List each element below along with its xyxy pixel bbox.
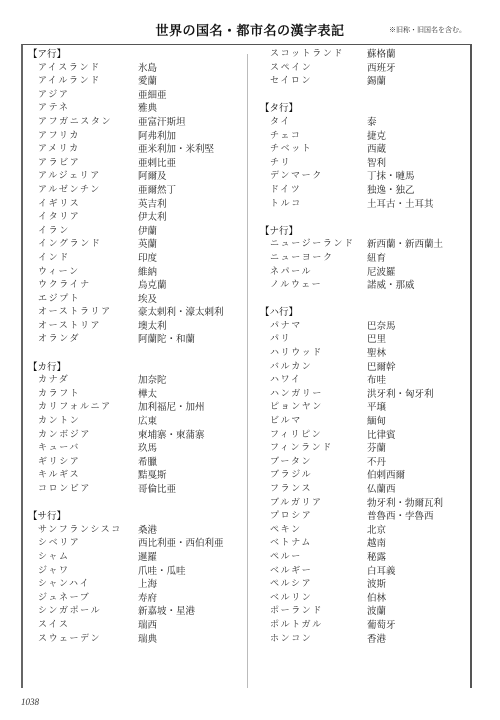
kanji-notation: 尼波羅 <box>367 266 396 280</box>
katakana-name: アフガニスタン <box>38 116 112 130</box>
katakana-name: チベット <box>270 143 312 157</box>
kanji-notation: 西蔵 <box>367 143 386 157</box>
katakana-name: ジャワ <box>38 565 70 579</box>
kanji-notation: 北京 <box>367 524 386 538</box>
list-item: ペルシア波斯 <box>260 578 475 592</box>
list-item: ニューヨーク紐育 <box>260 252 475 266</box>
list-item: ピョンヤン平壌 <box>260 401 475 415</box>
list-item: ネパール尼波羅 <box>260 266 475 280</box>
list-item: アイスランド氷島 <box>28 62 243 76</box>
spacer-row <box>28 497 243 511</box>
list-item: ノルウェー諾威・那威 <box>260 279 475 293</box>
katakana-name: サンフランシスコ <box>38 524 122 538</box>
footnote-note: ※旧称・旧国名を含む。 <box>389 25 466 35</box>
katakana-name: タイ <box>270 116 291 130</box>
katakana-name: プロシア <box>270 510 312 524</box>
katakana-name: チリ <box>270 157 291 171</box>
katakana-name: ペルシア <box>270 578 312 592</box>
katakana-name: トルコ <box>270 198 302 212</box>
kanji-notation: 波蘭 <box>367 605 386 619</box>
katakana-name: シャンハイ <box>38 578 90 592</box>
kanji-notation: 哥倫比亜 <box>138 483 176 497</box>
spacer-row <box>28 347 243 361</box>
list-item: インド印度 <box>28 252 243 266</box>
katakana-name: フィリピン <box>270 429 322 443</box>
katakana-name: シンガポール <box>38 605 101 619</box>
kanji-notation: 紐育 <box>367 252 386 266</box>
list-item: ハンガリー洪牙利・匈牙利 <box>260 388 475 402</box>
kanji-notation: 丁抹・嗹馬 <box>367 170 415 184</box>
katakana-name: スペイン <box>270 62 312 76</box>
kanji-notation: 洪牙利・匈牙利 <box>367 388 434 402</box>
katakana-name: ジュネーブ <box>38 592 90 606</box>
list-item: セイロン錫蘭 <box>260 75 475 89</box>
katakana-name: ギリシア <box>38 456 80 470</box>
list-item: アメリカ亜米利加・米利堅 <box>28 143 243 157</box>
katakana-name: ベトナム <box>270 537 312 551</box>
kanji-notation: 上海 <box>138 578 157 592</box>
katakana-name: フランス <box>270 483 312 497</box>
kanji-notation: 黠戛斯 <box>138 469 167 483</box>
katakana-name: セイロン <box>270 75 312 89</box>
kanji-notation: 香港 <box>367 633 386 647</box>
katakana-name: バルカン <box>270 361 312 375</box>
list-item: シベリア西比利亜・西伯利亜 <box>28 537 243 551</box>
left-column: 【ア行】アイスランド氷島アイルランド愛蘭アジア亜細亜アテネ雅典アフガニスタン亜富… <box>28 48 243 646</box>
katakana-name: デンマーク <box>270 170 323 184</box>
katakana-name: オーストラリア <box>38 306 112 320</box>
section-header: 【カ行】 <box>28 361 243 375</box>
kanji-notation: 葡萄牙 <box>367 619 396 633</box>
kanji-notation: 烏克蘭 <box>138 279 167 293</box>
katakana-name: コロンビア <box>38 483 91 497</box>
spacer-row <box>260 211 475 225</box>
list-item: タイ泰 <box>260 116 475 130</box>
list-item: チェコ捷克 <box>260 130 475 144</box>
katakana-name: カントン <box>38 415 80 429</box>
kanji-notation: 亜剌比亜 <box>138 157 176 171</box>
list-item: アテネ雅典 <box>28 102 243 116</box>
list-item: オーストリア墺太利 <box>28 320 243 334</box>
katakana-name: アラビア <box>38 157 80 171</box>
katakana-name: イギリス <box>38 198 80 212</box>
kanji-notation: 英蘭 <box>138 238 157 252</box>
katakana-name: ネパール <box>270 266 312 280</box>
list-item: アフリカ阿弗利加 <box>28 130 243 144</box>
kanji-notation: 豪太剌利・濠太剌利 <box>138 306 224 320</box>
katakana-name: ウィーン <box>38 266 80 280</box>
list-item: ビルマ緬甸 <box>260 415 475 429</box>
kanji-notation: 諾威・那威 <box>367 279 415 293</box>
katakana-name: ポーランド <box>270 605 323 619</box>
kanji-notation: 亜米利加・米利堅 <box>138 143 214 157</box>
kanji-notation: 錫蘭 <box>367 75 386 89</box>
list-item: ポーランド波蘭 <box>260 605 475 619</box>
katakana-name: ブータン <box>270 456 312 470</box>
list-item: ハリウッド聖林 <box>260 347 475 361</box>
kanji-notation: 伊蘭 <box>138 225 157 239</box>
kanji-notation: 伊太利 <box>138 211 167 225</box>
kanji-notation: 蘇格蘭 <box>367 48 396 62</box>
katakana-name: キルギス <box>38 469 80 483</box>
list-item: ギリシア希臘 <box>28 456 243 470</box>
list-item: パナマ巴奈馬 <box>260 320 475 334</box>
kanji-notation: 加利福尼・加州 <box>138 401 205 415</box>
kanji-notation: 聖林 <box>367 347 386 361</box>
katakana-name: カラフト <box>38 388 80 402</box>
kanji-notation: 広東 <box>138 415 157 429</box>
list-item: オランダ阿蘭陀・和蘭 <box>28 333 243 347</box>
katakana-name: カリフォルニア <box>38 401 112 415</box>
column-divider <box>247 54 248 688</box>
katakana-name: アジア <box>38 89 69 103</box>
list-item: スイス瑞西 <box>28 619 243 633</box>
list-item: ドイツ独逸・独乙 <box>260 184 475 198</box>
kanji-notation: 比律賓 <box>367 429 396 443</box>
list-item: スウェーデン瑞典 <box>28 633 243 647</box>
kanji-notation: 緬甸 <box>367 415 386 429</box>
kanji-notation: 秘露 <box>367 551 386 565</box>
list-item: プロシア普魯西・孛魯西 <box>260 510 475 524</box>
list-item: ホンコン香港 <box>260 633 475 647</box>
kanji-notation: 芬蘭 <box>367 442 386 456</box>
kanji-notation: 印度 <box>138 252 157 266</box>
katakana-name: ハンガリー <box>270 388 323 402</box>
kanji-notation: 維納 <box>138 266 157 280</box>
kanji-notation: 勃牙利・勃爾瓦利 <box>367 497 443 511</box>
kanji-notation: 瑞西 <box>138 619 157 633</box>
katakana-name: ブラジル <box>270 469 312 483</box>
spacer-row <box>260 293 475 307</box>
list-item: ウィーン維納 <box>28 266 243 280</box>
list-item: イラン伊蘭 <box>28 225 243 239</box>
page-number: 1038 <box>21 697 39 707</box>
list-item: ジュネーブ寿府 <box>28 592 243 606</box>
list-item: ペルー秘露 <box>260 551 475 565</box>
list-item: イタリア伊太利 <box>28 211 243 225</box>
kanji-notation: 智利 <box>367 157 386 171</box>
katakana-name: イングランド <box>38 238 101 252</box>
list-item: カラフト樺太 <box>28 388 243 402</box>
list-item: バルカン巴爾幹 <box>260 361 475 375</box>
katakana-name: アルゼンチン <box>38 184 101 198</box>
katakana-name: パリ <box>270 333 291 347</box>
katakana-name: ビルマ <box>270 415 302 429</box>
kanji-notation: 捷克 <box>367 130 386 144</box>
list-item: オーストラリア豪太剌利・濠太剌利 <box>28 306 243 320</box>
katakana-name: シベリア <box>38 537 80 551</box>
list-item: キルギス黠戛斯 <box>28 469 243 483</box>
list-item: イギリス英吉利 <box>28 198 243 212</box>
list-item: アラビア亜剌比亜 <box>28 157 243 171</box>
list-item: パリ巴里 <box>260 333 475 347</box>
kanji-notation: 新西蘭・新西蘭土 <box>367 238 443 252</box>
list-item: エジプト埃及 <box>28 293 243 307</box>
katakana-name: ペキン <box>270 524 302 538</box>
list-item: カントン広東 <box>28 415 243 429</box>
katakana-name: ポルトガル <box>270 619 323 633</box>
list-item: ニュージーランド新西蘭・新西蘭土 <box>260 238 475 252</box>
kanji-notation: 寿府 <box>138 592 157 606</box>
list-item: アフガニスタン亜富汗斯坦 <box>28 116 243 130</box>
list-item: キューバ玖馬 <box>28 442 243 456</box>
kanji-notation: 阿蘭陀・和蘭 <box>138 333 195 347</box>
kanji-notation: 土耳古・土耳其 <box>367 198 434 212</box>
list-item: ブルガリア勃牙利・勃爾瓦利 <box>260 497 475 511</box>
list-item: スコットランド蘇格蘭 <box>260 48 475 62</box>
spacer-row <box>260 89 475 103</box>
kanji-notation: 平壌 <box>367 401 386 415</box>
list-item: チベット西蔵 <box>260 143 475 157</box>
katakana-name: ペルー <box>270 551 302 565</box>
list-item: カリフォルニア加利福尼・加州 <box>28 401 243 415</box>
kanji-notation: 柬埔寨・柬蒲寨 <box>138 429 205 443</box>
kanji-notation: 英吉利 <box>138 198 167 212</box>
kanji-notation: 愛蘭 <box>138 75 157 89</box>
kanji-notation: 西班牙 <box>367 62 396 76</box>
list-item: フィンランド芬蘭 <box>260 442 475 456</box>
list-item: ブラジル伯剌西爾 <box>260 469 475 483</box>
list-item: アイルランド愛蘭 <box>28 75 243 89</box>
katakana-name: カナダ <box>38 374 69 388</box>
katakana-name: ハリウッド <box>270 347 323 361</box>
list-item: アルジェリア阿爾及 <box>28 170 243 184</box>
kanji-notation: 瑞典 <box>138 633 157 647</box>
kanji-notation: 布哇 <box>367 374 386 388</box>
section-header: 【ハ行】 <box>260 306 475 320</box>
section-header: 【タ行】 <box>260 102 475 116</box>
katakana-name: アイルランド <box>38 75 101 89</box>
kanji-notation: 不丹 <box>367 456 386 470</box>
list-item: イングランド英蘭 <box>28 238 243 252</box>
list-item: ジャワ爪哇・瓜哇 <box>28 565 243 579</box>
katakana-name: ベルギー <box>270 565 312 579</box>
list-item: シャム暹羅 <box>28 551 243 565</box>
katakana-name: インド <box>38 252 70 266</box>
list-item: フィリピン比律賓 <box>260 429 475 443</box>
kanji-notation: 爪哇・瓜哇 <box>138 565 186 579</box>
list-item: アジア亜細亜 <box>28 89 243 103</box>
list-item: フランス仏蘭西 <box>260 483 475 497</box>
list-item: ペキン北京 <box>260 524 475 538</box>
kanji-notation: 阿爾及 <box>138 170 167 184</box>
list-item: カナダ加奈陀 <box>28 374 243 388</box>
kanji-notation: 暹羅 <box>138 551 157 565</box>
kanji-notation: 亜富汗斯坦 <box>138 116 186 130</box>
kanji-notation: 巴里 <box>367 333 386 347</box>
katakana-name: チェコ <box>270 130 302 144</box>
list-item: ハワイ布哇 <box>260 374 475 388</box>
kanji-notation: 埃及 <box>138 293 157 307</box>
kanji-notation: 桑港 <box>138 524 157 538</box>
katakana-name: ニュージーランド <box>270 238 355 252</box>
section-header: 【ア行】 <box>28 48 243 62</box>
kanji-notation: 白耳義 <box>367 565 396 579</box>
kanji-notation: 巴爾幹 <box>367 361 396 375</box>
list-item: ベルギー白耳義 <box>260 565 475 579</box>
kanji-notation: 氷島 <box>138 62 157 76</box>
katakana-name: シャム <box>38 551 70 565</box>
katakana-name: スイス <box>38 619 70 633</box>
katakana-name: ピョンヤン <box>270 401 323 415</box>
kanji-notation: 樺太 <box>138 388 157 402</box>
kanji-notation: 波斯 <box>367 578 386 592</box>
katakana-name: アルジェリア <box>38 170 101 184</box>
section-header: 【ナ行】 <box>260 225 475 239</box>
list-item: ベルリン伯林 <box>260 592 475 606</box>
list-item: ポルトガル葡萄牙 <box>260 619 475 633</box>
list-item: サンフランシスコ桑港 <box>28 524 243 538</box>
katakana-name: キューバ <box>38 442 80 456</box>
list-item: アルゼンチン亜爾然丁 <box>28 184 243 198</box>
katakana-name: ニューヨーク <box>270 252 334 266</box>
katakana-name: ホンコン <box>270 633 312 647</box>
katakana-name: イラン <box>38 225 70 239</box>
katakana-name: ブルガリア <box>270 497 323 511</box>
list-item: カンボジア柬埔寨・柬蒲寨 <box>28 429 243 443</box>
kanji-notation: 伯剌西爾 <box>367 469 405 483</box>
list-item: ウクライナ烏克蘭 <box>28 279 243 293</box>
kanji-notation: 新嘉坡・星港 <box>138 605 195 619</box>
right-column: スコットランド蘇格蘭スペイン西班牙セイロン錫蘭【タ行】タイ泰チェコ捷克チベット西… <box>260 48 475 646</box>
list-item: デンマーク丁抹・嗹馬 <box>260 170 475 184</box>
kanji-notation: 加奈陀 <box>138 374 167 388</box>
list-item: シンガポール新嘉坡・星港 <box>28 605 243 619</box>
katakana-name: ノルウェー <box>270 279 322 293</box>
kanji-notation: 亜細亜 <box>138 89 167 103</box>
katakana-name: パナマ <box>270 320 302 334</box>
katakana-name: エジプト <box>38 293 80 307</box>
kanji-notation: 希臘 <box>138 456 157 470</box>
katakana-name: ドイツ <box>270 184 301 198</box>
list-item: トルコ土耳古・土耳其 <box>260 198 475 212</box>
list-item: コロンビア哥倫比亜 <box>28 483 243 497</box>
list-item: ブータン不丹 <box>260 456 475 470</box>
katakana-name: アフリカ <box>38 130 80 144</box>
katakana-name: フィンランド <box>270 442 333 456</box>
list-item: シャンハイ上海 <box>28 578 243 592</box>
list-item: ベトナム越南 <box>260 537 475 551</box>
katakana-name: オーストリア <box>38 320 101 334</box>
kanji-notation: 独逸・独乙 <box>367 184 415 198</box>
kanji-notation: 墺太利 <box>138 320 167 334</box>
kanji-notation: 伯林 <box>367 592 386 606</box>
kanji-notation: 巴奈馬 <box>367 320 396 334</box>
kanji-notation: 越南 <box>367 537 386 551</box>
katakana-name: ウクライナ <box>38 279 91 293</box>
katakana-name: アメリカ <box>38 143 80 157</box>
katakana-name: カンボジア <box>38 429 91 443</box>
kanji-notation: 雅典 <box>138 102 157 116</box>
list-item: チリ智利 <box>260 157 475 171</box>
kanji-notation: 泰 <box>367 116 377 130</box>
katakana-name: ベルリン <box>270 592 312 606</box>
kanji-notation: 仏蘭西 <box>367 483 396 497</box>
katakana-name: アテネ <box>38 102 69 116</box>
katakana-name: スコットランド <box>270 48 344 62</box>
kanji-notation: 西比利亜・西伯利亜 <box>138 537 224 551</box>
katakana-name: イタリア <box>38 211 80 225</box>
katakana-name: アイスランド <box>38 62 101 76</box>
katakana-name: スウェーデン <box>38 633 101 647</box>
katakana-name: ハワイ <box>270 374 302 388</box>
kanji-notation: 阿弗利加 <box>138 130 176 144</box>
katakana-name: オランダ <box>38 333 80 347</box>
section-header: 【サ行】 <box>28 510 243 524</box>
list-item: スペイン西班牙 <box>260 62 475 76</box>
kanji-notation: 玖馬 <box>138 442 157 456</box>
kanji-notation: 普魯西・孛魯西 <box>367 510 434 524</box>
kanji-notation: 亜爾然丁 <box>138 184 176 198</box>
